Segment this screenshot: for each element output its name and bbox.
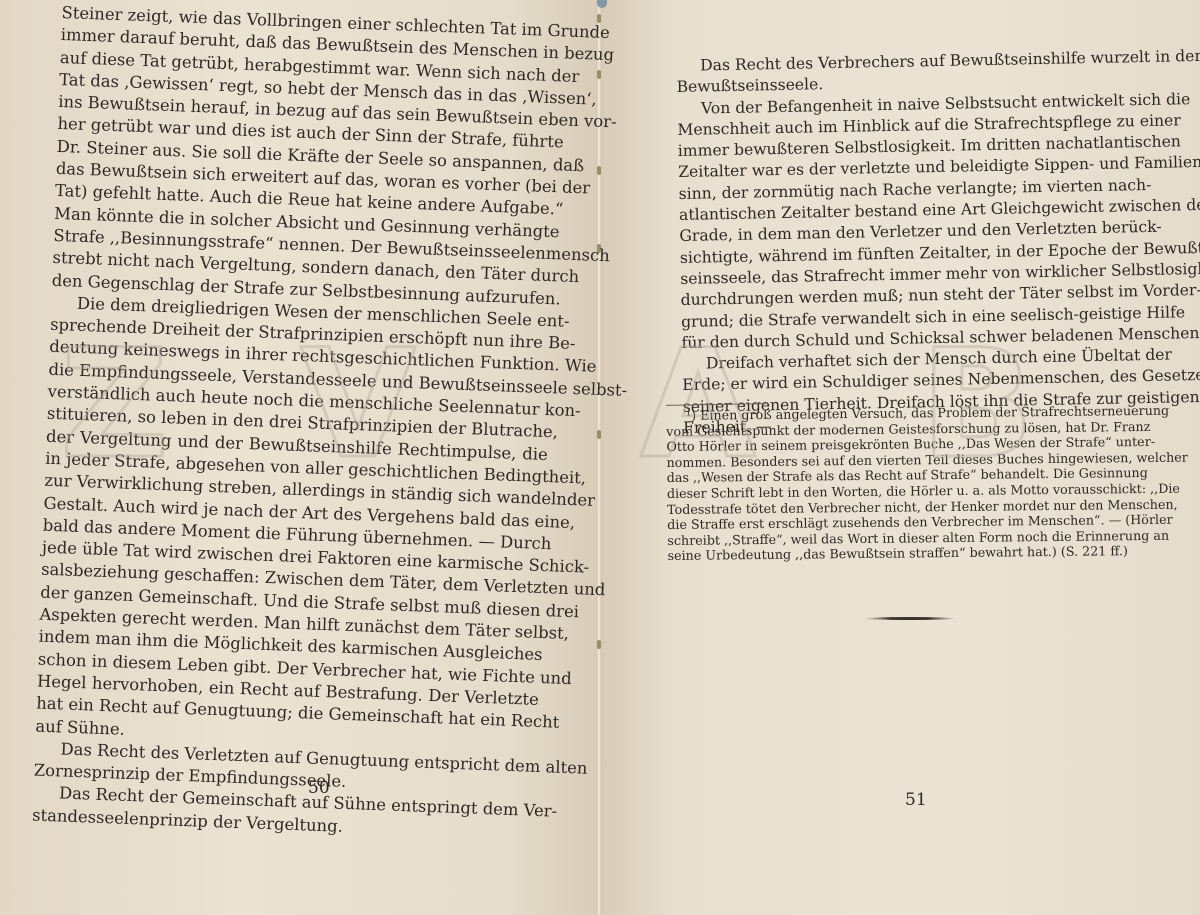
left-page-body: Steiner zeigt, wie das Vollbringen einer… xyxy=(32,2,564,845)
binding-stitch xyxy=(597,640,601,649)
right-page-body: Das Recht des Verbrechers auf Bewußtsein… xyxy=(676,47,1145,439)
binding-stitch xyxy=(597,70,601,79)
footnote: ¹) Einen groß angelegten Versuch, das Pr… xyxy=(666,403,1148,564)
end-ornament-rule xyxy=(864,617,956,620)
page-number-left: 50 xyxy=(308,778,330,798)
page-number-right: 51 xyxy=(905,790,927,810)
binding-stitch xyxy=(597,430,601,439)
binding-stitch xyxy=(597,166,601,175)
